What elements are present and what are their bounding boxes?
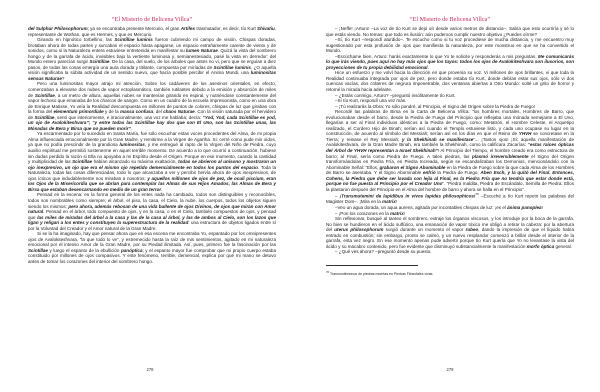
emphasis-text: lumen Naturae — [186, 48, 218, 53]
emphasis-text: matrix — [390, 211, 404, 216]
emphasis-text: luminositas — [120, 142, 145, 147]
text-run: –Sí, tío Kurt –respondí aturdido–. Te es… — [326, 37, 574, 53]
text-run: la Piedra de Fuego, — [436, 170, 481, 175]
footnote: 76 Transmutémonos de piedras muertas en … — [326, 270, 574, 276]
text-run: Hice un esfuerzo y me volví hacia la dir… — [326, 70, 574, 92]
left-page: “El Misterio de Belicena Villca” del Sul… — [0, 0, 300, 392]
emphasis-text: Scintillae — [35, 115, 55, 120]
text-run: – ¿Qué ves ahora? –preguntó desde su pue… — [335, 249, 432, 254]
page-body: – ¡Neffe! ¡Arturo! –La voz de tío Kurt s… — [326, 26, 574, 255]
footnote-divider — [326, 265, 418, 266]
paragraph: Si se la ha imaginado, hay que pensar ah… — [28, 231, 276, 264]
text-run: y luego el espanto de la ebullición — [48, 248, 121, 253]
paragraph: – ¿Qué ves ahora? –preguntó desde su pue… — [326, 249, 574, 255]
text-run: – ¡Neffe! ¡Arturo! –La voz de tío Kurt s… — [326, 26, 574, 37]
emphasis-text: morfo óptica — [527, 244, 555, 249]
paragraph: – ¡Neffe! ¡Arturo! –La voz de tío Kurt s… — [326, 26, 574, 37]
text-run: . — [131, 126, 132, 131]
emphasis-text: elementum primordiale — [53, 109, 103, 114]
emphasis-text: y la Shekhinah se manifestase — [402, 137, 473, 142]
emphasis-text: rubeo — [466, 227, 479, 232]
text-run: habían alcanzado su máxima exaltación, — [92, 159, 178, 164]
right-page: “El Misterio de Belicena Villca” – ¡Neff… — [300, 0, 600, 392]
text-run: trasmutador, es decir, tío Kurt — [195, 26, 257, 31]
text-run: . — [161, 187, 162, 192]
paragraph: Girando en hipnótico torbellino, las Sci… — [28, 37, 276, 81]
paragraph: Hice un esfuerzo y me volví hacia la dir… — [326, 70, 574, 92]
paragraph: del Sulphur Philosophorum; ya se encontr… — [28, 26, 276, 37]
text-run: ! — [404, 211, 405, 216]
text-run: surgió durante un momento el vapor — [383, 227, 465, 232]
text-run: Girando en hipnótico torbellino, las — [37, 37, 114, 42]
emphasis-text: plasmó irreversiblemente — [472, 154, 528, 159]
text-run: ! — [396, 199, 397, 204]
emphasis-text: Scintillae — [35, 93, 55, 98]
text-run: ! — [542, 205, 543, 210]
emphasis-text: Scintillae luminis — [114, 37, 152, 42]
emphasis-text: massa confusa — [120, 109, 153, 114]
text-run: ; ya se encontraba presente Mercurio, el… — [88, 26, 181, 31]
emphasis-text: del Sulphur Philosophorum — [28, 26, 88, 31]
emphasis-text: Scintillae — [72, 159, 92, 164]
text-run: – ¡Pon los corazones en la — [335, 211, 390, 216]
emphasis-text: panóptica — [121, 248, 142, 253]
paragraph: –Escúchame bien, Arturo: harás exactamen… — [326, 54, 574, 71]
emphasis-text: Scintillae — [89, 59, 109, 64]
text-run: – ¿Estás conmigo, Arturo? –preguntó insó… — [335, 93, 456, 98]
page-number: 279 — [300, 367, 600, 372]
book-spread: “El Misterio de Belicena Villca” del Sul… — [0, 0, 600, 392]
text-run: . — [428, 65, 429, 70]
emphasis-text: uterus philosophorum — [334, 227, 383, 232]
text-run: ? — [62, 76, 65, 81]
text-run: – ¡Tú realizarás la Obra: Yo sólo pondré… — [335, 104, 535, 109]
emphasis-text: YHVH — [519, 131, 532, 136]
emphasis-text: chaos Naturae — [163, 109, 194, 114]
emphasis-text: ánima panoplea — [507, 205, 541, 210]
paragraph: Recordé las palabras de Birsa en la Cart… — [326, 109, 574, 192]
footnote-number: 76 — [326, 270, 329, 274]
footnote-text: Transmutémonos de piedras muertas en Pie… — [330, 272, 433, 276]
emphasis-text: Scintillae luminis — [214, 65, 251, 70]
emphasis-text: ¡Transmutemini de lapidibus in vivos lap… — [340, 194, 476, 199]
text-run: –Sí tío Kurt, respondí una vez más. — [335, 98, 406, 103]
text-run: Si se la ha imaginado, hay que pensar ah… — [28, 231, 276, 247]
page-body: del Sulphur Philosophorum; ya se encontr… — [28, 26, 276, 265]
paragraph: – ¡Transmutemini de lapidibus in vivos l… — [326, 192, 574, 205]
paragraph: –Sí, tío Kurt –respondí aturdido–. Te es… — [326, 37, 574, 54]
text-run: –Veo un agua dorada, un aqua aurens, agi… — [335, 205, 507, 210]
paragraph: Sin reflexionar, busqué al tanteo el som… — [326, 216, 574, 249]
paragraph: Ya escarmentado por lo sucedido en Santa… — [28, 131, 276, 192]
emphasis-text: Shivatiu — [257, 26, 275, 31]
text-run: , del — [153, 109, 163, 114]
text-run: –Escúchame bien, Arturo: harás exactamen… — [335, 54, 538, 59]
text-run: general. — [554, 244, 572, 249]
text-run: y de la — [104, 109, 120, 114]
emphasis-text: Scintillae — [28, 248, 48, 253]
running-header: “El Misterio de Belicena Villca” — [28, 14, 276, 25]
text-run: , sentí que interiormente, e irracionalm… — [54, 115, 202, 120]
emphasis-text: matrix — [382, 199, 396, 204]
running-header: “El Misterio de Belicena Villca” — [326, 14, 574, 25]
emphasis-text: Artifex — [181, 26, 195, 31]
paragraph: Pero una luminositas mayor atrajo mi ate… — [28, 81, 276, 131]
emphasis-text: grabaron el Signo Abominable — [379, 165, 445, 170]
paragraph: Pensad en la escena: en la forma general… — [28, 192, 276, 231]
emphasis-text: enfrió — [423, 170, 436, 175]
page-number: 278 — [0, 367, 300, 372]
